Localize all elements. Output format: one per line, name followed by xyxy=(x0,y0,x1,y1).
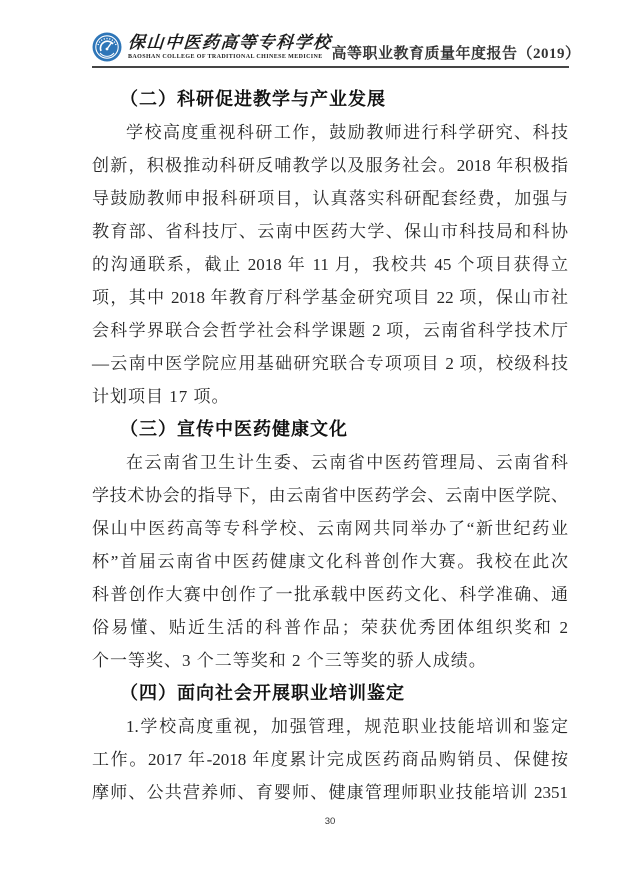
section-heading-4: （四）面向社会开展职业培训鉴定 xyxy=(92,677,568,710)
page-number: 30 xyxy=(325,816,336,827)
school-brand: 保山中医药高等专科学校 BAOSHAN COLLEGE OF TRADITION… xyxy=(92,32,332,62)
school-logo-icon xyxy=(92,32,122,62)
paragraph-line: 俗易懂、贴近生活的科普作品；荣获优秀团体组织奖和 2 xyxy=(92,611,568,644)
paragraph-line: 计划项目 17 项。 xyxy=(92,380,568,413)
paragraph-line: 学技术协会的指导下，由云南省中医药学会、云南中医学院、 xyxy=(92,479,568,512)
school-name-zh: 保山中医药高等专科学校 xyxy=(127,33,332,53)
page-header: 保山中医药高等专科学校 BAOSHAN COLLEGE OF TRADITION… xyxy=(92,28,568,66)
document-page: 保山中医药高等专科学校 BAOSHAN COLLEGE OF TRADITION… xyxy=(0,0,630,890)
paragraph-line: 的沟通联系，截止 2018 年 11 月，我校共 45 个项目获得立 xyxy=(92,248,568,281)
school-name-en: BAOSHAN COLLEGE OF TRADITIONAL CHINESE M… xyxy=(128,53,332,61)
paragraph-line: 教育部、省科技厅、云南中医药大学、保山市科技局和科协 xyxy=(92,215,568,248)
paragraph-line: 项，其中 2018 年教育厅科学基金研究项目 22 项，保山市社 xyxy=(92,281,568,314)
paragraph-line: 工作。2017 年-2018 年度累计完成医药商品购销员、保健按 xyxy=(92,743,568,776)
paragraph-line: 1.学校高度重视，加强管理，规范职业技能培训和鉴定 xyxy=(92,710,568,743)
paragraph-line: —云南中医学院应用基础研究联合专项项目 2 项，校级科技 xyxy=(92,347,568,380)
section-heading-2: （二）科研促进教学与产业发展 xyxy=(92,83,568,116)
paragraph-line: 杯”首届云南省中医药健康文化科普创作大赛。我校在此次 xyxy=(92,545,568,578)
paragraph-line: 在云南省卫生计生委、云南省中医药管理局、云南省科 xyxy=(92,446,568,479)
document-body: （二）科研促进教学与产业发展 学校高度重视科研工作，鼓励教师进行科学研究、科技 … xyxy=(92,83,568,809)
paragraph-line: 创新，积极推动科研反哺教学以及服务社会。2018 年积极指 xyxy=(92,149,568,182)
paragraph-line: 保山中医药高等专科学校、云南网共同举办了“新世纪药业 xyxy=(92,512,568,545)
paragraph-line: 学校高度重视科研工作，鼓励教师进行科学研究、科技 xyxy=(92,116,568,149)
paragraph-line: 摩师、公共营养师、育婴师、健康管理师职业技能培训 2351 xyxy=(92,776,568,809)
paragraph-line: 科普创作大赛中创作了一批承载中医药文化、科学准确、通 xyxy=(92,578,568,611)
report-title: 高等职业教育质量年度报告（2019） xyxy=(332,42,581,63)
paragraph-line: 会科学界联合会哲学社会科学课题 2 项，云南省科学技术厅 xyxy=(92,314,568,347)
page-footer: 30 xyxy=(92,811,568,829)
paragraph-line: 导鼓励教师申报科研项目，认真落实科研配套经费，加强与 xyxy=(92,182,568,215)
section-heading-3: （三）宣传中医药健康文化 xyxy=(92,413,568,446)
header-divider xyxy=(92,66,569,68)
school-name-block: 保山中医药高等专科学校 BAOSHAN COLLEGE OF TRADITION… xyxy=(128,33,332,61)
paragraph-line: 个一等奖、3 个二等奖和 2 个三等奖的骄人成绩。 xyxy=(92,644,568,677)
